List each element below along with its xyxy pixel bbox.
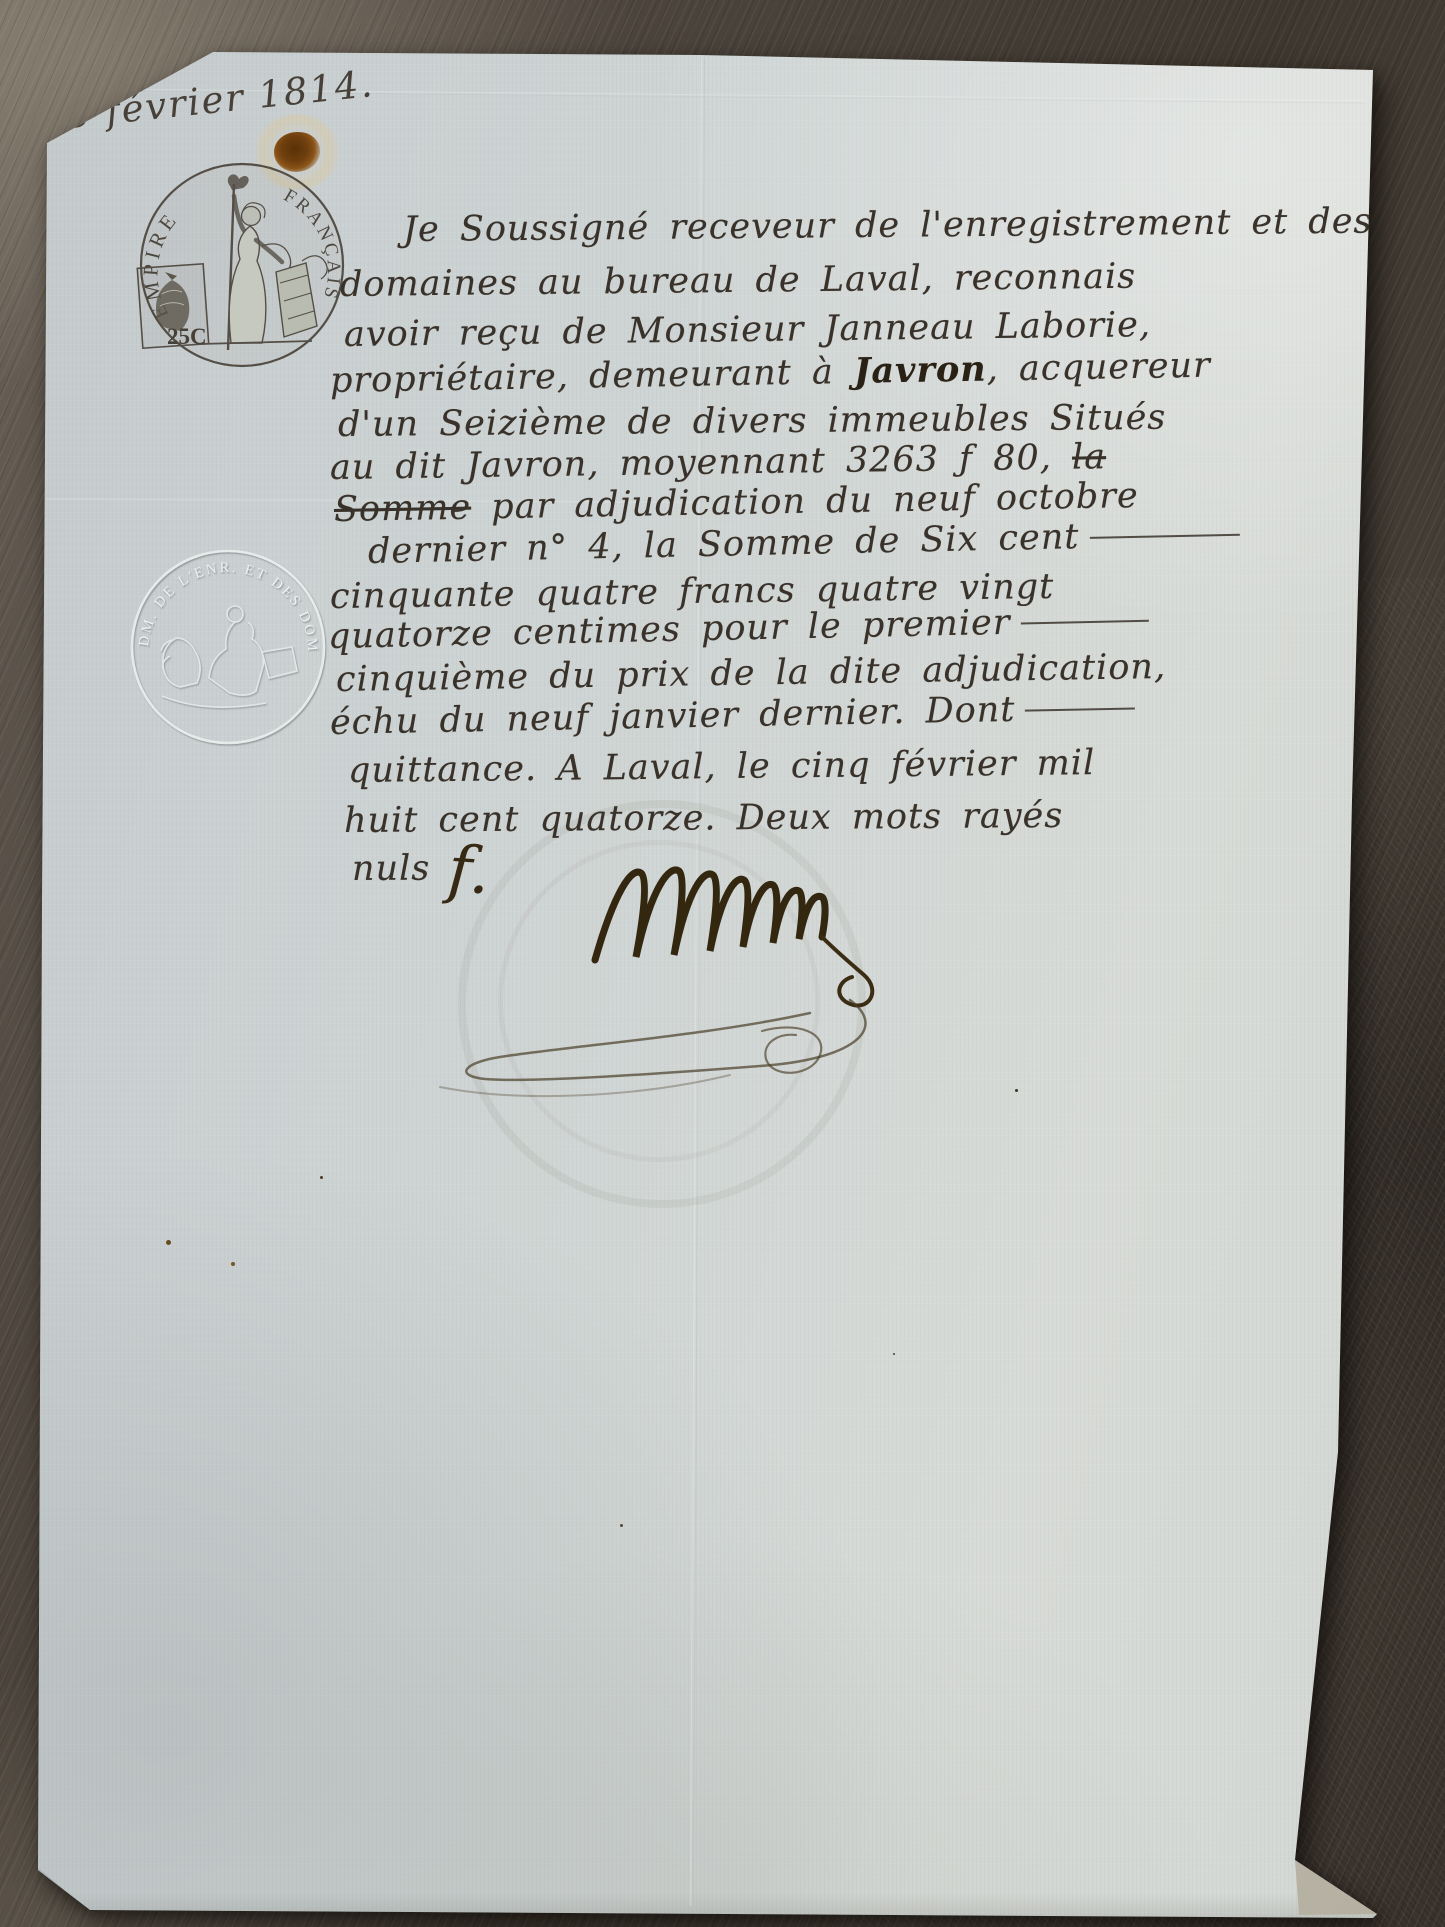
ink-rule	[1025, 708, 1135, 712]
paper-speck	[893, 1353, 895, 1355]
text-segment: propriétaire, demeurant à	[330, 352, 855, 401]
document-shadow-wrap: 5 février 1814. EMPIRE FRANÇAIS	[0, 0, 1445, 1927]
ink-rule	[1089, 534, 1239, 539]
text-segment: Je Soussigné receveur de l'enregistremen…	[403, 202, 1373, 250]
text-segment: la	[1072, 437, 1107, 477]
text-segment: Javron	[854, 349, 988, 392]
paper-speck	[620, 1524, 623, 1527]
text-segment: quittance. A Laval, le cinq février mil	[348, 743, 1096, 791]
paper-speck	[1015, 1089, 1018, 1092]
text-segment: , acquereur	[986, 346, 1211, 390]
paper-speck	[320, 1176, 323, 1179]
text-segment: Somme	[334, 488, 472, 530]
signature-flourish	[380, 835, 1100, 1135]
photograph: 5 février 1814. EMPIRE FRANÇAIS	[0, 0, 1445, 1927]
signature-scrawl	[595, 870, 825, 960]
paper-speck	[231, 1262, 235, 1266]
ink-rule	[1021, 620, 1149, 625]
handwritten-line-13: quittance. A Laval, le cinq février mil	[348, 743, 1096, 791]
manuscript-page: 5 février 1814. EMPIRE FRANÇAIS	[0, 0, 1445, 1927]
paper-speck	[166, 1240, 171, 1245]
text-segment: domaines au bureau de Laval, reconnais	[340, 257, 1137, 305]
handwritten-line-2: domaines au bureau de Laval, reconnais	[340, 257, 1137, 305]
handwritten-line-1: Je Soussigné receveur de l'enregistremen…	[403, 202, 1373, 250]
